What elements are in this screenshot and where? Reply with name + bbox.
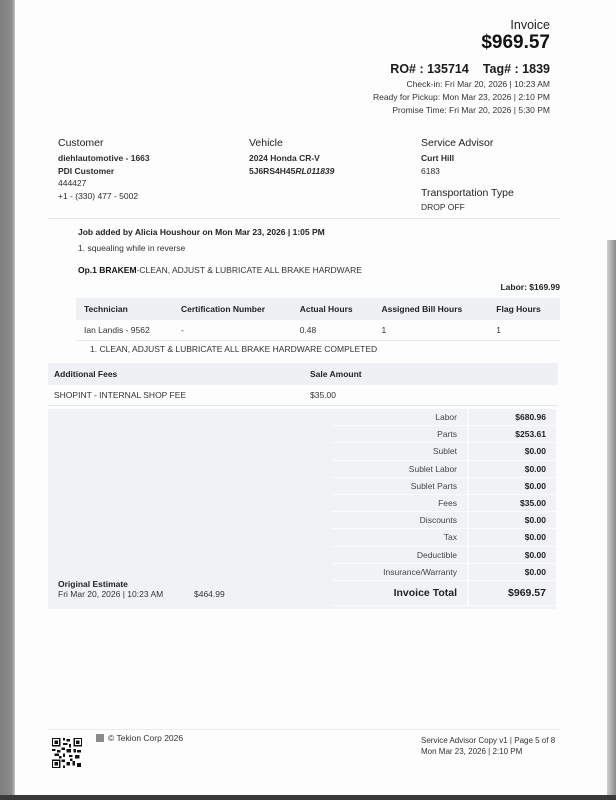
totals-row: Tax$0.00: [332, 529, 556, 546]
totals-value: $0.00: [468, 477, 556, 494]
scan-edge-bottom: [0, 795, 616, 800]
totals-value: $0.00: [468, 460, 556, 477]
col-technician: Technician: [76, 298, 173, 320]
totals-label: Discounts: [332, 512, 468, 529]
totals-label: Fees: [332, 494, 468, 511]
service-advisor-name: Curt Hill: [421, 152, 514, 165]
totals-label: Parts: [332, 426, 468, 443]
op-code: Op.1 BRAKEM: [78, 265, 137, 275]
customer-type: PDI Customer: [58, 165, 150, 178]
flag-hours: 1: [488, 320, 560, 341]
col-assigned-bill-hours: Assigned Bill Hours: [373, 298, 488, 320]
invoice-total-row: Invoice Total$969.57: [332, 580, 556, 605]
original-estimate: Original Estimate Fri Mar 20, 2026 | 10:…: [58, 579, 163, 599]
customer-id: 444427: [58, 177, 150, 190]
totals-value: $0.00: [468, 529, 556, 546]
fee-amount: $35.00: [304, 385, 558, 406]
col-actual-hours: Actual Hours: [292, 298, 374, 320]
totals-row: Labor$680.96: [332, 409, 556, 426]
ro-number: RO# : 135714: [390, 62, 469, 76]
totals-row: Deductible$0.00: [332, 546, 556, 563]
ready-for-pickup-time: Ready for Pickup: Mon Mar 23, 2026 | 2:1…: [373, 92, 550, 102]
fee-description: SHOPINT - INTERNAL SHOP FEE: [48, 385, 304, 406]
vin-prefix: 5J6RS4H45: [249, 166, 295, 176]
original-estimate-heading: Original Estimate: [58, 579, 163, 589]
totals-label: Labor: [332, 409, 468, 426]
copyright-text: © Tekion Corp 2026: [108, 733, 183, 743]
totals-label: Sublet Parts: [332, 477, 468, 494]
completion-note: 1. CLEAN, ADJUST & LUBRICATE ALL BRAKE H…: [90, 344, 377, 354]
tag-number: Tag# : 1839: [483, 62, 550, 76]
totals-table: Labor$680.96Parts$253.61Sublet$0.00Suble…: [332, 409, 556, 606]
totals-label: Deductible: [332, 546, 468, 563]
check-in-time: Check-in: Fri Mar 20, 2026 | 10:23 AM: [407, 79, 550, 89]
job-added-by: Job added by Alicia Houshour on Mon Mar …: [78, 227, 325, 237]
vehicle-model: 2024 Honda CR-V: [249, 152, 334, 165]
job-concern: 1. squealing while in reverse: [78, 243, 185, 253]
totals-value: $0.00: [468, 563, 556, 580]
vehicle-vin: 5J6RS4H45RL011839: [249, 165, 334, 178]
printed-timestamp: Mon Mar 23, 2026 | 2:10 PM: [421, 746, 555, 757]
totals-row: Parts$253.61: [332, 426, 556, 443]
ro-tag-line: RO# : 135714Tag# : 1839: [390, 62, 550, 76]
job-labor-total: Labor: $169.99: [500, 282, 560, 292]
technician-name: Ian Landis - 9562: [76, 320, 173, 341]
invoice-total-value: $969.57: [468, 580, 556, 605]
technician-table: Technician Certification Number Actual H…: [76, 298, 560, 341]
customer-phone: +1 - (330) 477 - 5002: [58, 190, 150, 203]
totals-value: $253.61: [468, 426, 556, 443]
invoice-title: Invoice: [510, 18, 550, 32]
customer-heading: Customer: [58, 137, 150, 149]
totals-value: $0.00: [468, 443, 556, 460]
qr-code-icon: [52, 738, 82, 768]
operation-line: Op.1 BRAKEM-CLEAN, ADJUST & LUBRICATE AL…: [78, 265, 362, 275]
service-advisor-heading: Service Advisor: [421, 137, 514, 149]
additional-fees-table: Additional Fees Sale Amount SHOPINT - IN…: [48, 363, 558, 406]
col-flag-hours: Flag Hours: [488, 298, 560, 320]
customer-section: Customer diehlautomotive - 1663 PDI Cust…: [58, 137, 150, 202]
transportation-heading: Transportation Type: [421, 187, 514, 199]
totals-label: Sublet: [332, 443, 468, 460]
copyright: © Tekion Corp 2026: [96, 733, 183, 743]
totals-value: $0.00: [468, 512, 556, 529]
actual-hours: 0.48: [292, 320, 374, 341]
vehicle-heading: Vehicle: [249, 137, 334, 149]
footer-divider: [48, 729, 560, 730]
invoice-header-total: $969.57: [481, 32, 550, 54]
original-estimate-row: Fri Mar 20, 2026 | 10:23 AM $464.99: [58, 589, 163, 599]
table-row: Ian Landis - 9562 - 0.48 1 1: [76, 320, 560, 341]
tekion-logo-icon: [96, 734, 104, 742]
scan-edge-left: [0, 0, 15, 800]
vehicle-section: Vehicle 2024 Honda CR-V 5J6RS4H45RL01183…: [249, 137, 334, 177]
op-description: -CLEAN, ADJUST & LUBRICATE ALL BRAKE HAR…: [137, 265, 362, 275]
totals-row: Sublet$0.00: [332, 443, 556, 460]
totals-value: $0.00: [468, 546, 556, 563]
original-estimate-amount: $464.99: [194, 589, 225, 599]
totals-label: Insurance/Warranty: [332, 563, 468, 580]
section-divider: [48, 218, 560, 219]
original-estimate-date: Fri Mar 20, 2026 | 10:23 AM: [58, 589, 163, 599]
col-additional-fees: Additional Fees: [48, 363, 304, 385]
transportation-type: DROP OFF: [421, 201, 514, 214]
col-sale-amount: Sale Amount: [304, 363, 558, 385]
totals-row: Insurance/Warranty$0.00: [332, 563, 556, 580]
vin-suffix: RL011839: [295, 166, 334, 176]
scan-edge-right: [607, 240, 616, 800]
col-certification-number: Certification Number: [173, 298, 292, 320]
totals-label: Sublet Labor: [332, 460, 468, 477]
certification-number: -: [173, 320, 292, 341]
invoice-total-label: Invoice Total: [332, 580, 468, 605]
service-advisor-id: 6183: [421, 165, 514, 178]
service-advisor-section: Service Advisor Curt Hill 6183 Transport…: [421, 137, 514, 214]
assigned-bill-hours: 1: [373, 320, 488, 341]
footer-meta: Service Advisor Copy v1 | Page 5 of 8 Mo…: [421, 735, 555, 757]
totals-value: $35.00: [468, 494, 556, 511]
totals-label: Tax: [332, 529, 468, 546]
totals-value: $680.96: [468, 409, 556, 426]
table-row: SHOPINT - INTERNAL SHOP FEE $35.00: [48, 385, 558, 406]
totals-row: Sublet Labor$0.00: [332, 460, 556, 477]
totals-row: Fees$35.00: [332, 494, 556, 511]
totals-row: Discounts$0.00: [332, 512, 556, 529]
customer-name: diehlautomotive - 1663: [58, 152, 150, 165]
totals-row: Sublet Parts$0.00: [332, 477, 556, 494]
promise-time: Promise Time: Fri Mar 20, 2026 | 5:30 PM: [392, 105, 550, 115]
copy-page-info: Service Advisor Copy v1 | Page 5 of 8: [421, 735, 555, 746]
